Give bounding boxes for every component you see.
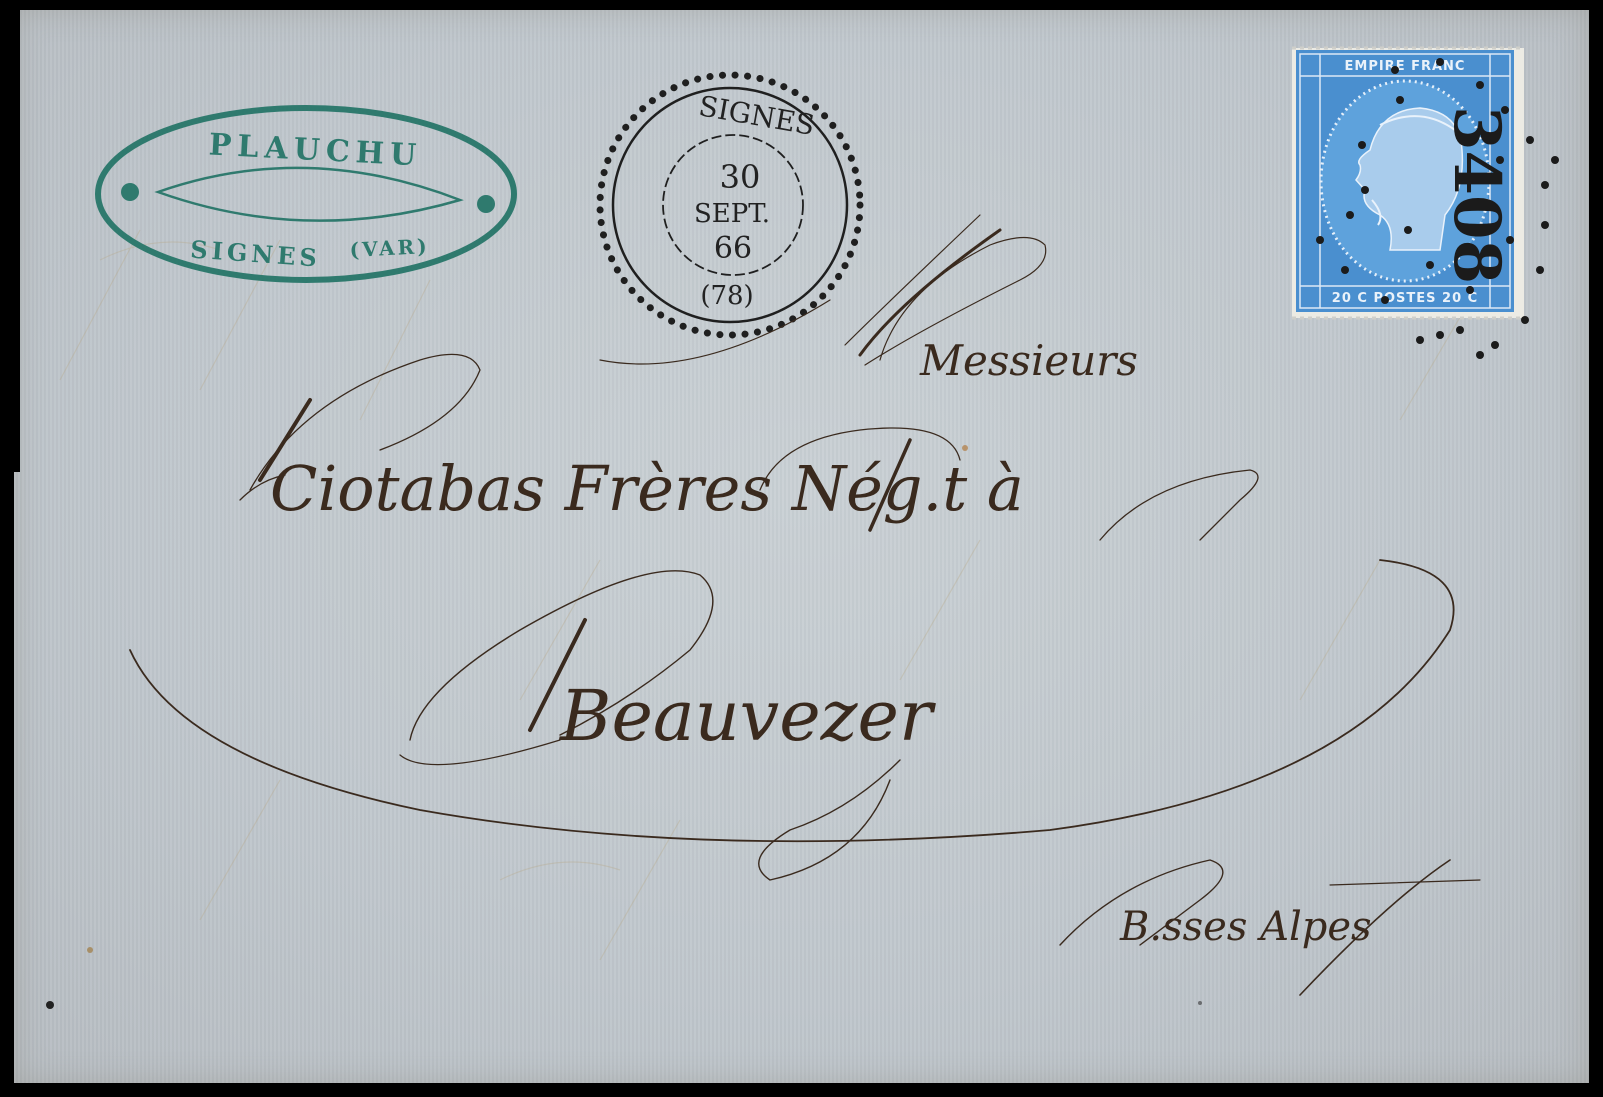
cachet-department: (VAR): [349, 234, 430, 262]
stamp-top-legend: EMPIRE FRANC: [1345, 59, 1466, 74]
postmark-year: 66: [714, 231, 752, 266]
cachet-name: PLAUCHU: [208, 127, 423, 173]
address-region: B.sses Alpes: [1119, 904, 1372, 950]
address-handwriting: [130, 215, 1480, 995]
stamp-bottom-legend: 20 C POSTES 20 C: [1332, 291, 1478, 306]
address-salutation: Messieurs: [919, 336, 1138, 385]
postmark-department: (78): [700, 281, 753, 311]
postmark-month: SEPT.: [694, 199, 770, 229]
postmark-town: SIGNES: [696, 89, 817, 142]
cachet-town: SIGNES: [189, 235, 321, 273]
address-city: Beauvezer: [558, 675, 936, 757]
address-recipient: Ciotabas Frères Nég.t à: [270, 452, 1024, 525]
numeral-cancel-number: 3408: [1439, 106, 1514, 284]
postmark-day: 30: [720, 158, 761, 196]
